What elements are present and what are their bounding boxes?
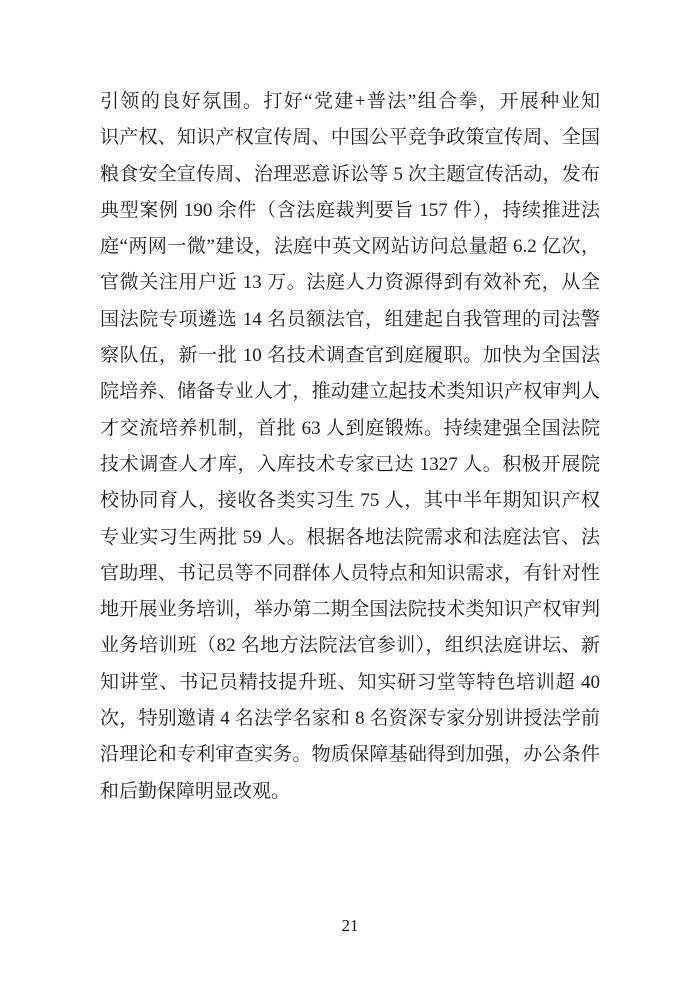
text-line: 院培养、储备专业人才，推动建立起技术类知识产权审判人 [100,374,600,410]
text-line: 业务培训班（82 名地方法院法官参训），组织法庭讲坛、新 [100,628,600,664]
page-number: 21 [0,915,700,937]
text-line: 校协同育人，接收各类实习生 75 人，其中半年期知识产权 [100,483,600,519]
text-line: 和后勤保障明显改观。 [100,774,600,810]
text-line: 技术调查人才库，入库技术专家已达 1327 人。积极开展院 [100,447,600,483]
document-page: 引领的良好氛围。打好“党建+普法”组合拳，开展种业知 识产权、知识产权宣传周、中… [0,0,700,989]
text-line: 国法院专项遴选 14 名员额法官，组建起自我管理的司法警 [100,302,600,338]
text-line: 典型案例 190 余件（含法庭裁判要旨 157 件），持续推进法 [100,193,600,229]
text-line: 察队伍，新一批 10 名技术调查官到庭履职。加快为全国法 [100,338,600,374]
text-line: 识产权、知识产权宣传周、中国公平竞争政策宣传周、全国 [100,120,600,156]
text-line: 粮食安全宣传周、治理恶意诉讼等 5 次主题宣传活动，发布 [100,157,600,193]
text-line: 引领的良好氛围。打好“党建+普法”组合拳，开展种业知 [100,84,600,120]
text-line: 才交流培养机制，首批 63 人到庭锻炼。持续建强全国法院 [100,411,600,447]
text-line: 官微关注用户近 13 万。法庭人力资源得到有效补充，从全 [100,265,600,301]
paragraph: 引领的良好氛围。打好“党建+普法”组合拳，开展种业知 识产权、知识产权宣传周、中… [100,84,600,810]
text-line: 官助理、书记员等不同群体人员特点和知识需求，有针对性 [100,556,600,592]
text-line: 知讲堂、书记员精技提升班、知实研习堂等特色培训超 40 [100,665,600,701]
text-line: 专业实习生两批 59 人。根据各地法院需求和法庭法官、法 [100,520,600,556]
text-line: 庭“两网一微”建设，法庭中英文网站访问总量超 6.2 亿次， [100,229,600,265]
text-line: 地开展业务培训，举办第二期全国法院技术类知识产权审判 [100,592,600,628]
text-line: 沿理论和专利审查实务。物质保障基础得到加强，办公条件 [100,737,600,773]
text-line: 次，特别邀请 4 名法学名家和 8 名资深专家分别讲授法学前 [100,701,600,737]
